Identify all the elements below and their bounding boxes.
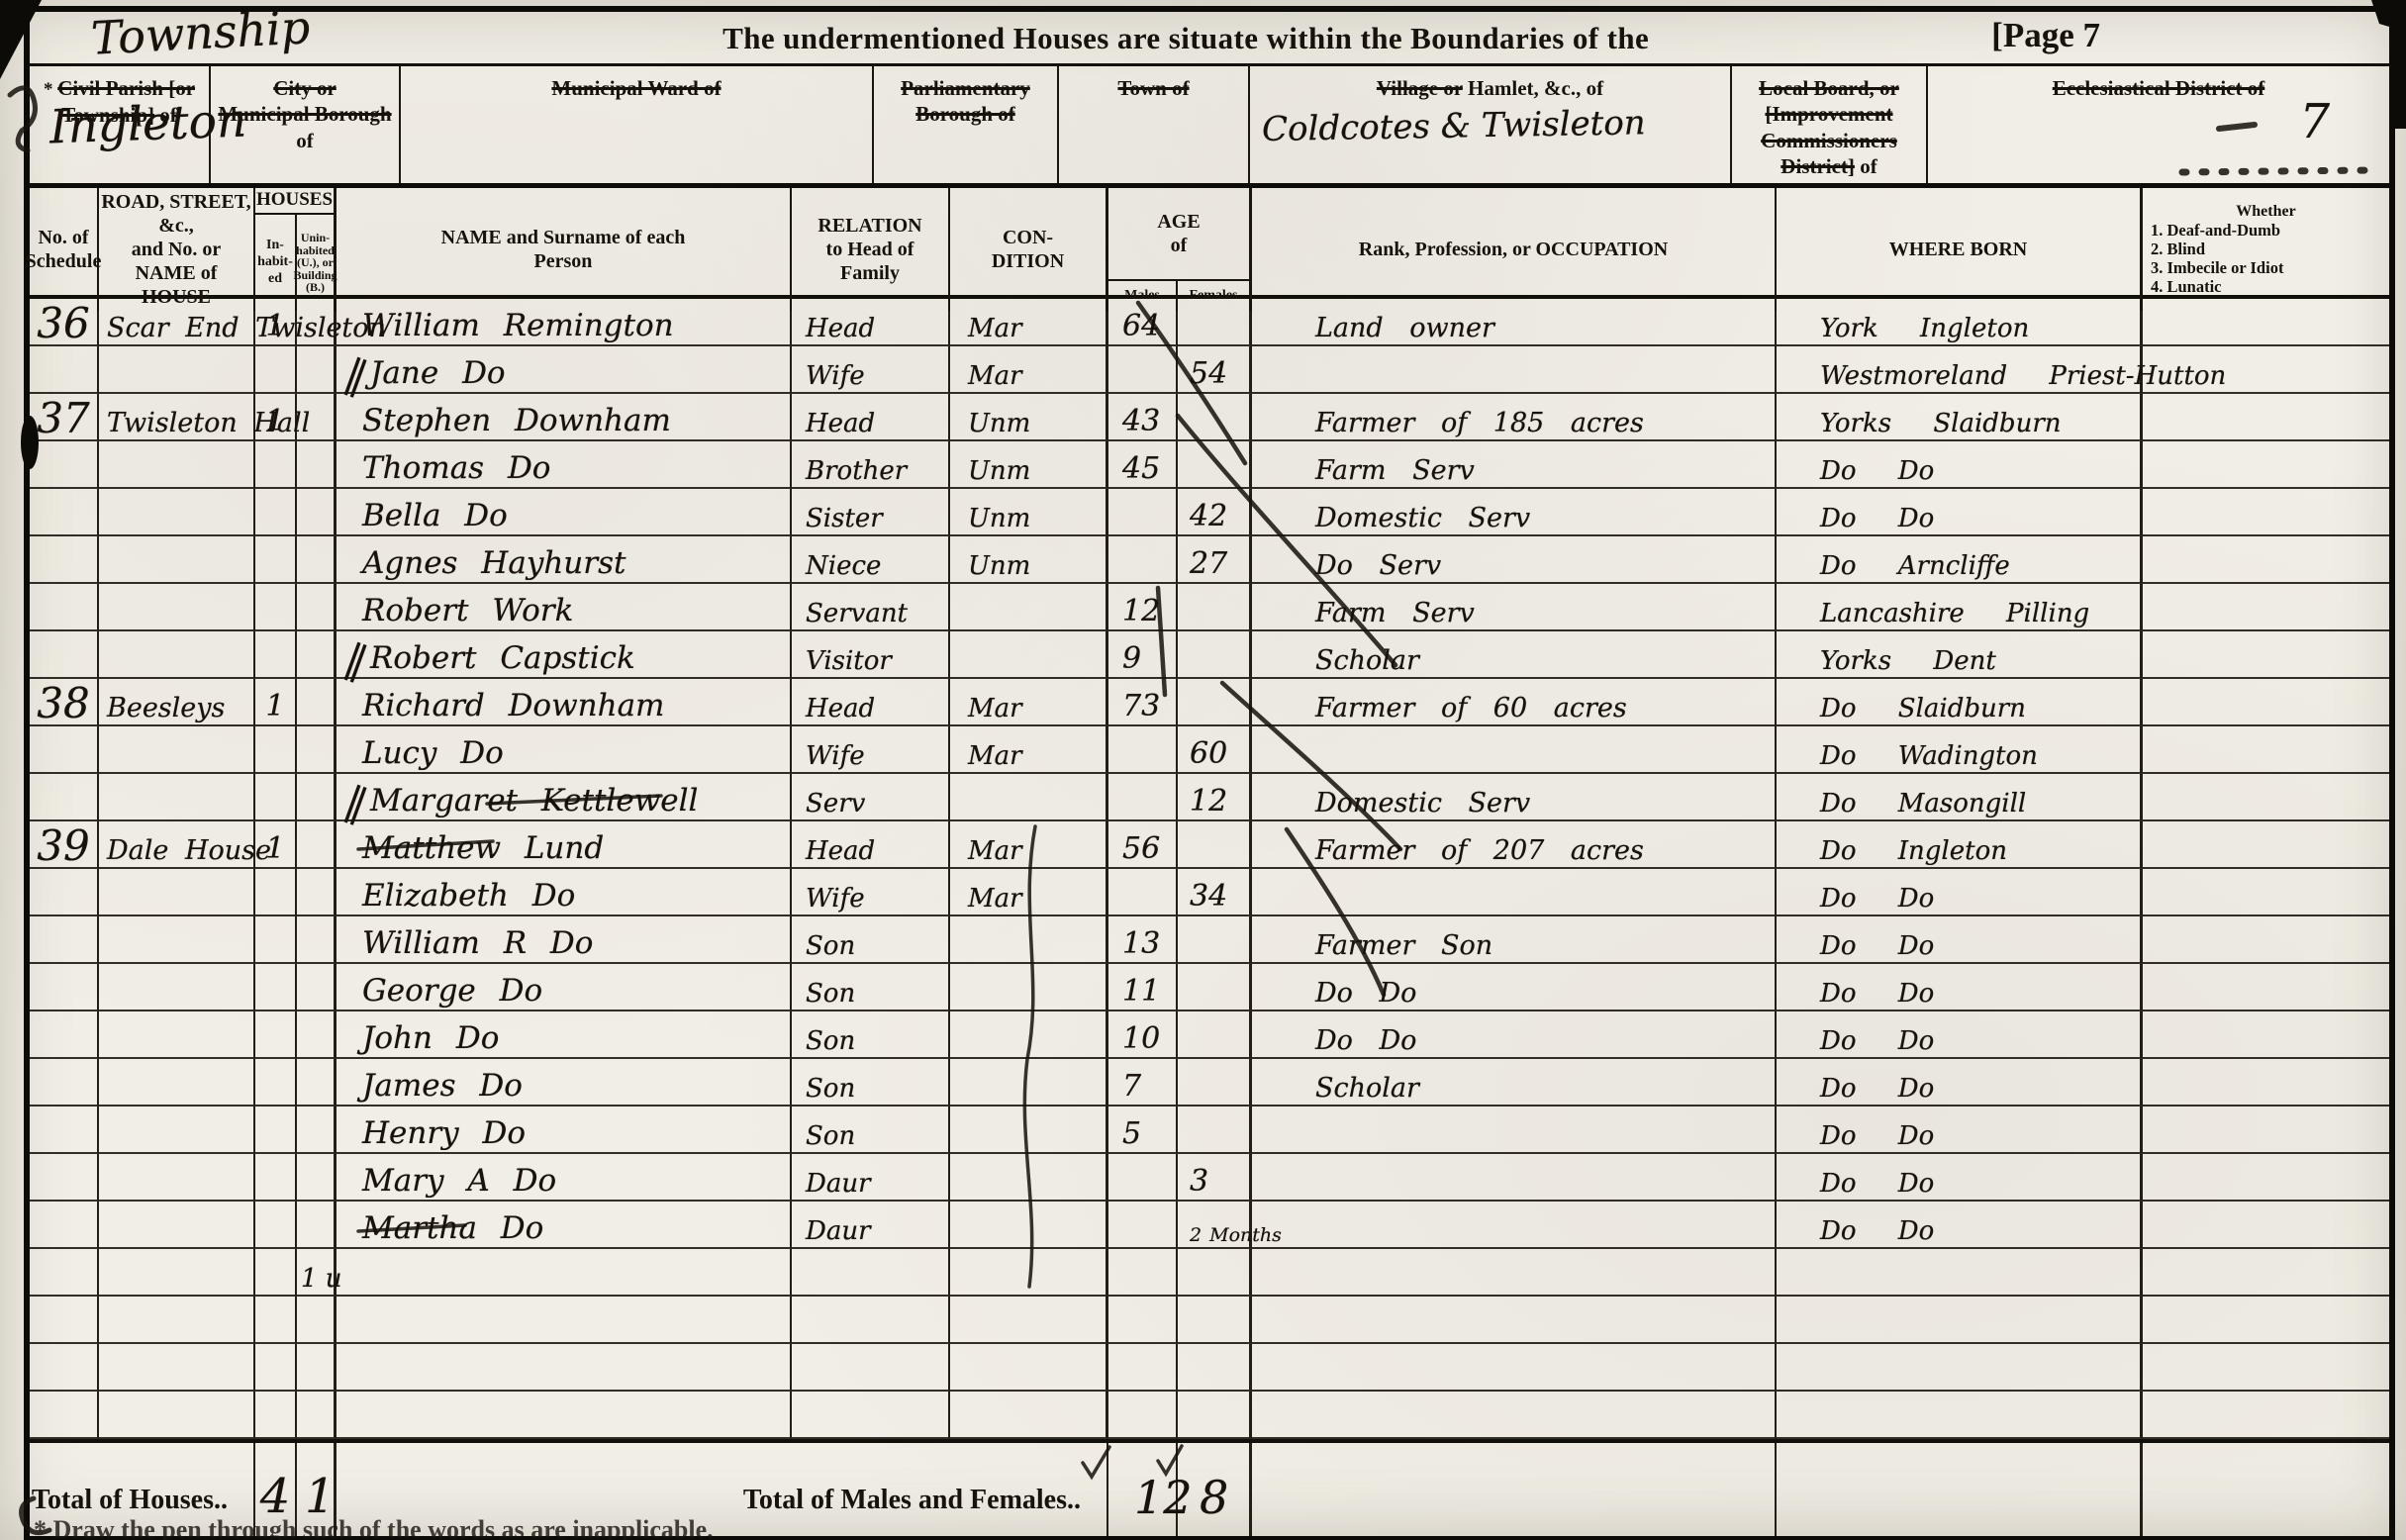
occupation-cell-value: Land owner: [1315, 313, 1494, 343]
uninhabited-cell: [297, 1392, 337, 1439]
age-male-cell-value: 45: [1122, 451, 1160, 486]
house-name-cell: [99, 1249, 255, 1297]
relation-cell: Son: [792, 964, 950, 1011]
house-name-cell: Beesleys: [99, 679, 255, 726]
boundary-label: Parliamentary Borough of: [874, 75, 1057, 128]
total-females-value: 8: [1178, 1443, 1252, 1536]
uninhabited-cell: [297, 584, 337, 631]
table-row: ‖Jane DoWifeMar54Westmoreland Priest-Hut…: [30, 346, 2389, 394]
name-cell: William R Do: [337, 916, 792, 964]
footnote-asterisk: *: [44, 79, 57, 100]
where-born-cell: Do Masongill: [1777, 774, 2143, 821]
age-female-cell: 42: [1178, 489, 1252, 536]
relation-cell-value: Head: [806, 694, 875, 723]
totals-empty-occupation: [1252, 1443, 1777, 1536]
age-male-cell-value: 7: [1122, 1069, 1141, 1104]
where-born-cell: Do Do: [1777, 1011, 2143, 1059]
occupation-cell-value: Farmer of 60 acres: [1315, 693, 1627, 723]
where-born-cell: Do Do: [1777, 489, 2143, 536]
inhabited-header: In- habit- ed: [255, 215, 297, 311]
relation-cell-value: Servant: [806, 599, 908, 628]
name-cell-value: Margaret Kettlewell: [370, 783, 698, 818]
occupation-cell: Do Do: [1252, 964, 1777, 1011]
where-born-cell: Do Do: [1777, 1107, 2143, 1154]
where-born-cell-value: Yorks Slaidburn: [1820, 409, 2062, 438]
name-cell: Lucy Do: [337, 726, 792, 774]
inhabited-cell: [255, 346, 297, 394]
where-born-cell-value: Do Slaidburn: [1820, 694, 2026, 723]
uninhabited-cell: [297, 489, 337, 536]
schedule-cell: 36: [30, 299, 99, 346]
inhabited-cell: 1: [255, 821, 297, 869]
schedule-cell: [30, 1059, 99, 1107]
name-cell: Thomas Do: [337, 441, 792, 489]
relation-header: RELATION to Head of Family: [792, 188, 950, 311]
age-female-cell-value: 54: [1190, 356, 1227, 391]
age-female-cell: 27: [1178, 536, 1252, 584]
struck-label-text: Parliamentary Borough of: [901, 76, 1030, 126]
age-female-cell: [1178, 679, 1252, 726]
where-born-cell: Westmoreland Priest-Hutton: [1777, 346, 2143, 394]
table-row: George DoSon11Do DoDo Do: [30, 964, 2389, 1011]
boundary-band: * Civil Parish [or Township] ofIngletonC…: [30, 66, 2389, 188]
boundary-column-parliamentary-borough: Parliamentary Borough of: [874, 66, 1059, 183]
table-row: [30, 1297, 2389, 1344]
relation-cell: Head: [792, 299, 950, 346]
boundary-column-municipal-ward: Municipal Ward of: [401, 66, 874, 183]
uninhabited-cell: [297, 631, 337, 679]
schedule-cell: [30, 869, 99, 916]
infirmity-cell: [2143, 726, 2389, 774]
where-born-cell: Do Slaidburn: [1777, 679, 2143, 726]
where-born-header: WHERE BORN: [1777, 188, 2143, 311]
name-cell-value: Elizabeth Do: [362, 878, 575, 914]
house-name-cell: Twisleton Hall: [99, 394, 255, 441]
age-male-cell-value: 43: [1122, 404, 1160, 438]
table-row: Robert WorkServant12Farm ServLancashire …: [30, 584, 2389, 631]
totals-empty-infirmity: [2143, 1443, 2389, 1536]
relation-cell: Niece: [792, 536, 950, 584]
table-row: Thomas DoBrotherUnm45Farm ServDo Do: [30, 441, 2389, 489]
uninhabited-cell: [297, 1107, 337, 1154]
infirmity-cell: [2143, 1249, 2389, 1297]
boundary-column-local-board: Local Board, or [Improvement Commissione…: [1732, 66, 1928, 183]
table-row: William R DoSon13Farmer SonDo Do: [30, 916, 2389, 964]
relation-cell: Serv: [792, 774, 950, 821]
houses-header-title: HOUSES: [255, 188, 334, 215]
name-cell: ‖Jane Do: [337, 346, 792, 394]
where-born-cell: [1777, 1344, 2143, 1392]
condition-cell: [950, 1297, 1108, 1344]
name-cell: Martha Do: [337, 1202, 792, 1249]
name-cell: Elizabeth Do: [337, 869, 792, 916]
condition-cell-value: Unm: [968, 456, 1030, 486]
where-born-cell: Do Do: [1777, 441, 2143, 489]
name-cell: James Do: [337, 1059, 792, 1107]
house-name-cell-value: Beesleys: [107, 693, 225, 723]
schedule-cell: 38: [30, 679, 99, 726]
occupation-cell: [1252, 346, 1777, 394]
where-born-cell-value: Do Do: [1820, 1216, 1934, 1246]
name-cell-value: Thomas Do: [362, 450, 550, 486]
where-born-cell: Do Do: [1777, 1202, 2143, 1249]
condition-cell-value: Unm: [968, 504, 1030, 533]
where-born-cell: Do Do: [1777, 869, 2143, 916]
uninhabited-cell: [297, 346, 337, 394]
infirmity-cell: [2143, 394, 2389, 441]
relation-cell-value: Son: [806, 1121, 855, 1151]
relation-cell: Brother: [792, 441, 950, 489]
house-name-cell: [99, 1392, 255, 1439]
census-page: Township The undermentioned Houses are s…: [0, 0, 2406, 1540]
condition-cell: [950, 1154, 1108, 1202]
age-female-cell: [1178, 821, 1252, 869]
name-cell-value: Mary A Do: [362, 1163, 556, 1199]
inhabited-cell: [255, 631, 297, 679]
inhabited-cell: 1: [255, 679, 297, 726]
age-female-cell: [1178, 1297, 1252, 1344]
where-born-cell: Lancashire Pilling: [1777, 584, 2143, 631]
where-born-cell: York Ingleton: [1777, 299, 2143, 346]
condition-cell: Mar: [950, 869, 1108, 916]
inhabited-cell: [255, 1392, 297, 1439]
occupation-cell: Scholar: [1252, 631, 1777, 679]
condition-cell: [950, 1249, 1108, 1297]
name-cell: [337, 1392, 792, 1439]
where-born-cell: Do Wadington: [1777, 726, 2143, 774]
inhabited-cell: 1: [255, 394, 297, 441]
relation-cell: Daur: [792, 1202, 950, 1249]
name-cell-value: Lucy Do: [362, 735, 504, 771]
relation-cell: Wife: [792, 346, 950, 394]
name-cell: [337, 1249, 792, 1297]
where-born-cell: Do Ingleton: [1777, 821, 2143, 869]
age-male-cell-value: 5: [1122, 1116, 1141, 1151]
uninhabited-cell: [297, 1297, 337, 1344]
table-header: No. of Schedule ROAD, STREET, &c., and N…: [30, 188, 2389, 299]
house-name-cell: Scar End Twisleton: [99, 299, 255, 346]
occupation-cell-value: Do Do: [1315, 1025, 1416, 1056]
age-male-cell: [1108, 536, 1178, 584]
boundary-value: Coldcotes & Twisleton: [1250, 102, 1731, 149]
table-row: James DoSon7ScholarDo Do: [30, 1059, 2389, 1107]
where-born-cell-value: Do Do: [1820, 1026, 1934, 1056]
age-female-cell: [1178, 1249, 1252, 1297]
condition-cell: [950, 1202, 1108, 1249]
house-name-cell: [99, 869, 255, 916]
relation-cell-value: Visitor: [806, 646, 892, 676]
age-male-cell: [1108, 1344, 1178, 1392]
uninhabited-cell: [297, 869, 337, 916]
table-row: Agnes HayhurstNieceUnm27Do ServDo Arncli…: [30, 536, 2389, 584]
name-cell: [337, 1297, 792, 1344]
condition-cell: Unm: [950, 441, 1108, 489]
table-row: 36Scar End Twisleton1William RemingtonHe…: [30, 299, 2389, 346]
where-born-cell: Do Arncliffe: [1777, 536, 2143, 584]
table-row: Mary A DoDaur3Do Do: [30, 1154, 2389, 1202]
inhabited-cell: [255, 1249, 297, 1297]
uninhabited-header: Unin- habited (U.), or Building (B.): [297, 215, 334, 311]
uninhabited-cell: [297, 1059, 337, 1107]
relation-cell-value: Son: [806, 979, 855, 1009]
relation-cell-value: Son: [806, 931, 855, 961]
occupation-cell-value: Scholar: [1315, 1073, 1419, 1104]
occupation-cell: Farm Serv: [1252, 441, 1777, 489]
occupation-cell-value: Do Do: [1315, 978, 1416, 1009]
inhabited-cell: [255, 1297, 297, 1344]
condition-cell: [950, 916, 1108, 964]
occupation-cell: [1252, 1297, 1777, 1344]
age-female-cell: [1178, 916, 1252, 964]
infirmity-cell: [2143, 916, 2389, 964]
house-name-cell: [99, 1202, 255, 1249]
condition-cell-value: Mar: [968, 836, 1022, 866]
occupation-cell-value: Farm Serv: [1315, 455, 1475, 486]
house-name-cell: [99, 584, 255, 631]
road-header: ROAD, STREET, &c., and No. or NAME of HO…: [99, 188, 255, 311]
census-form: Township The undermentioned Houses are s…: [24, 6, 2395, 1540]
condition-cell: [950, 631, 1108, 679]
occupation-cell: [1252, 1202, 1777, 1249]
relation-cell: Visitor: [792, 631, 950, 679]
infirmity-cell: [2143, 1154, 2389, 1202]
house-name-cell: [99, 964, 255, 1011]
schedule-cell: [30, 346, 99, 394]
table-row: 1 u: [30, 1249, 2389, 1297]
uninhabited-cell: [297, 679, 337, 726]
inhabited-cell: [255, 1344, 297, 1392]
name-cell-value: Richard Downham: [362, 688, 664, 723]
condition-cell: Unm: [950, 489, 1108, 536]
occupation-cell: [1252, 1154, 1777, 1202]
edge-smudge: [2395, 0, 2406, 129]
struck-label-text: Village or: [1377, 76, 1463, 100]
name-cell: George Do: [337, 964, 792, 1011]
inhabited-cell: [255, 1011, 297, 1059]
infirmity-cell: [2143, 584, 2389, 631]
condition-cell: Mar: [950, 299, 1108, 346]
occupation-cell: Land owner: [1252, 299, 1777, 346]
relation-cell: Head: [792, 821, 950, 869]
inhabited-cell: [255, 964, 297, 1011]
infirmity-cell: [2143, 631, 2389, 679]
inhabited-cell: [255, 869, 297, 916]
house-name-cell: [99, 1011, 255, 1059]
house-name-cell: [99, 489, 255, 536]
age-male-cell: [1108, 1392, 1178, 1439]
boundary-column-ecclesiastical-district: Ecclesiastical District of7: [1928, 66, 2389, 183]
condition-cell-value: Unm: [968, 409, 1030, 438]
relation-cell: Daur: [792, 1154, 950, 1202]
infirmity-cell: [2143, 346, 2389, 394]
age-female-cell-value: 34: [1190, 879, 1227, 914]
boundary-value: Ingleton: [29, 95, 210, 155]
age-male-cell-value: 13: [1122, 926, 1160, 961]
age-male-cell: 10: [1108, 1011, 1178, 1059]
schedule-cell: [30, 1011, 99, 1059]
age-header: AGE of Males Females: [1108, 188, 1252, 311]
schedule-cell: [30, 1392, 99, 1439]
where-born-cell: Do Do: [1777, 1059, 2143, 1107]
relation-cell-value: Brother: [806, 456, 907, 486]
name-cell-value: Agnes Hayhurst: [362, 545, 626, 581]
where-born-cell-value: Do Do: [1820, 504, 1934, 533]
relation-cell-value: Daur: [806, 1169, 871, 1199]
condition-cell: Mar: [950, 726, 1108, 774]
name-cell: [337, 1344, 792, 1392]
name-cell: Henry Do: [337, 1107, 792, 1154]
age-male-cell: 13: [1108, 916, 1178, 964]
age-male-cell: 56: [1108, 821, 1178, 869]
where-born-cell: Do Do: [1777, 916, 2143, 964]
schedule-cell: [30, 489, 99, 536]
household-end-mark: ‖: [342, 358, 370, 391]
infirmity-cell: [2143, 679, 2389, 726]
age-header-title: AGE of: [1108, 188, 1249, 279]
condition-cell: [950, 1011, 1108, 1059]
where-born-cell-value: Do Ingleton: [1820, 836, 2007, 866]
schedule-cell-value: 38: [37, 684, 89, 723]
relation-cell-value: Serv: [806, 789, 865, 818]
age-female-cell: 12: [1178, 774, 1252, 821]
relation-cell: Son: [792, 1059, 950, 1107]
name-cell-value: Robert Work: [362, 593, 573, 628]
condition-cell-value: Unm: [968, 551, 1030, 581]
uninhabited-cell: [297, 299, 337, 346]
age-female-cell: 54: [1178, 346, 1252, 394]
schedule-cell: [30, 726, 99, 774]
table-row: 38Beesleys1Richard DownhamHeadMar73Farme…: [30, 679, 2389, 726]
name-cell-value: Bella Do: [362, 498, 508, 533]
occupation-cell: [1252, 726, 1777, 774]
occupation-cell-value: Farmer of 185 acres: [1315, 408, 1644, 438]
uninhabited-cell: [297, 1344, 337, 1392]
occupation-cell: Domestic Serv: [1252, 774, 1777, 821]
age-female-cell: [1178, 1059, 1252, 1107]
uninhabited-cell: [297, 726, 337, 774]
where-born-cell-value: Do Masongill: [1820, 789, 2026, 818]
where-born-cell-value: Do Do: [1820, 884, 1934, 914]
occupation-cell-value: Farmer Son: [1315, 930, 1492, 961]
table-row: Martha DoDaur2 MonthsDo Do: [30, 1202, 2389, 1249]
age-male-cell: [1108, 726, 1178, 774]
infirmity-cell: [2143, 869, 2389, 916]
age-female-cell: [1178, 631, 1252, 679]
page-title: The undermentioned Houses are situate wi…: [722, 21, 1649, 56]
relation-cell: Servant: [792, 584, 950, 631]
where-born-cell: Do Do: [1777, 1154, 2143, 1202]
where-born-cell-value: Do Arncliffe: [1820, 551, 2010, 581]
uninhabited-cell: [297, 1202, 337, 1249]
where-born-cell-value: Do Do: [1820, 1169, 1934, 1199]
house-name-cell: [99, 1154, 255, 1202]
where-born-cell: [1777, 1249, 2143, 1297]
totals-empty-born: [1777, 1443, 2143, 1536]
relation-cell: [792, 1297, 950, 1344]
condition-cell: [950, 1107, 1108, 1154]
where-born-cell-value: Lancashire Pilling: [1820, 599, 2089, 628]
name-cell: Mary A Do: [337, 1154, 792, 1202]
infirmity-header-title: Whether: [2236, 202, 2295, 221]
occupation-cell: Farmer Son: [1252, 916, 1777, 964]
name-cell: Stephen Downham: [337, 394, 792, 441]
schedule-cell: [30, 1297, 99, 1344]
condition-cell: [950, 1344, 1108, 1392]
infirmity-cell: [2143, 536, 2389, 584]
relation-cell: Son: [792, 916, 950, 964]
table-row: [30, 1392, 2389, 1439]
boundary-label: City or Municipal Borough of: [211, 75, 399, 153]
occupation-cell: Do Serv: [1252, 536, 1777, 584]
schedule-cell: [30, 1344, 99, 1392]
infirmity-header-list: 1. Deaf-and-Dumb 2. Blind 3. Imbecile or…: [2151, 222, 2283, 297]
relation-cell: Son: [792, 1011, 950, 1059]
house-name-cell: [99, 774, 255, 821]
table-row: 37Twisleton Hall1Stephen DownhamHeadUnm4…: [30, 394, 2389, 441]
where-born-cell: [1777, 1297, 2143, 1344]
house-name-cell: [99, 441, 255, 489]
uninhabited-cell: [297, 536, 337, 584]
condition-cell-value: Mar: [968, 741, 1022, 771]
condition-cell-value: Mar: [968, 314, 1022, 343]
infirmity-cell: [2143, 1202, 2389, 1249]
age-male-cell: 73: [1108, 679, 1178, 726]
house-name-cell: [99, 346, 255, 394]
age-male-cell: 7: [1108, 1059, 1178, 1107]
total-males-value: 12: [1108, 1443, 1178, 1536]
age-female-cell: [1178, 441, 1252, 489]
age-male-cell: [1108, 1297, 1178, 1344]
inhabited-cell-value: 1: [265, 404, 284, 438]
occupation-cell: Scholar: [1252, 1059, 1777, 1107]
age-male-cell: 11: [1108, 964, 1178, 1011]
where-born-cell-value: Do Do: [1820, 1074, 1934, 1104]
age-male-cell: 12: [1108, 584, 1178, 631]
name-cell-value: Martha Do: [362, 1210, 543, 1246]
table-row: Henry DoSon5Do Do: [30, 1107, 2389, 1154]
house-name-cell: Dale House: [99, 821, 255, 869]
age-male-cell: [1108, 1249, 1178, 1297]
relation-cell-value: Head: [806, 836, 875, 866]
boundary-column-hamlet: Village or Hamlet, &c., ofColdcotes & Tw…: [1250, 66, 1732, 183]
inhabited-cell: 1: [255, 299, 297, 346]
boundary-column-civil-parish: * Civil Parish [or Township] ofIngleton: [30, 66, 211, 183]
occupation-cell-value: Domestic Serv: [1315, 788, 1530, 818]
age-male-cell: 5: [1108, 1107, 1178, 1154]
uninhabited-cell: [297, 916, 337, 964]
infirmity-cell: [2143, 1059, 2389, 1107]
condition-cell: [950, 964, 1108, 1011]
inhabited-cell: [255, 536, 297, 584]
table-row: 39Dale House1Matthew LundHeadMar56Farmer…: [30, 821, 2389, 869]
occupation-cell: Farmer of 185 acres: [1252, 394, 1777, 441]
age-male-cell: [1108, 869, 1178, 916]
infirmity-cell: [2143, 964, 2389, 1011]
relation-cell: [792, 1392, 950, 1439]
relation-cell: Sister: [792, 489, 950, 536]
age-female-cell: [1178, 1344, 1252, 1392]
table-row: Elizabeth DoWifeMar34Do Do: [30, 869, 2389, 916]
relation-cell: Wife: [792, 869, 950, 916]
boundary-label: Municipal Ward of: [401, 75, 872, 101]
infirmity-cell: [2143, 1344, 2389, 1392]
where-born-cell-value: York Ingleton: [1820, 314, 2029, 343]
house-name-cell-value: Dale House: [107, 835, 271, 866]
infirmity-cell: [2143, 1107, 2389, 1154]
boundary-column-town: Town of: [1059, 66, 1250, 183]
age-male-cell-value: 9: [1122, 641, 1141, 676]
occupation-cell: [1252, 1392, 1777, 1439]
